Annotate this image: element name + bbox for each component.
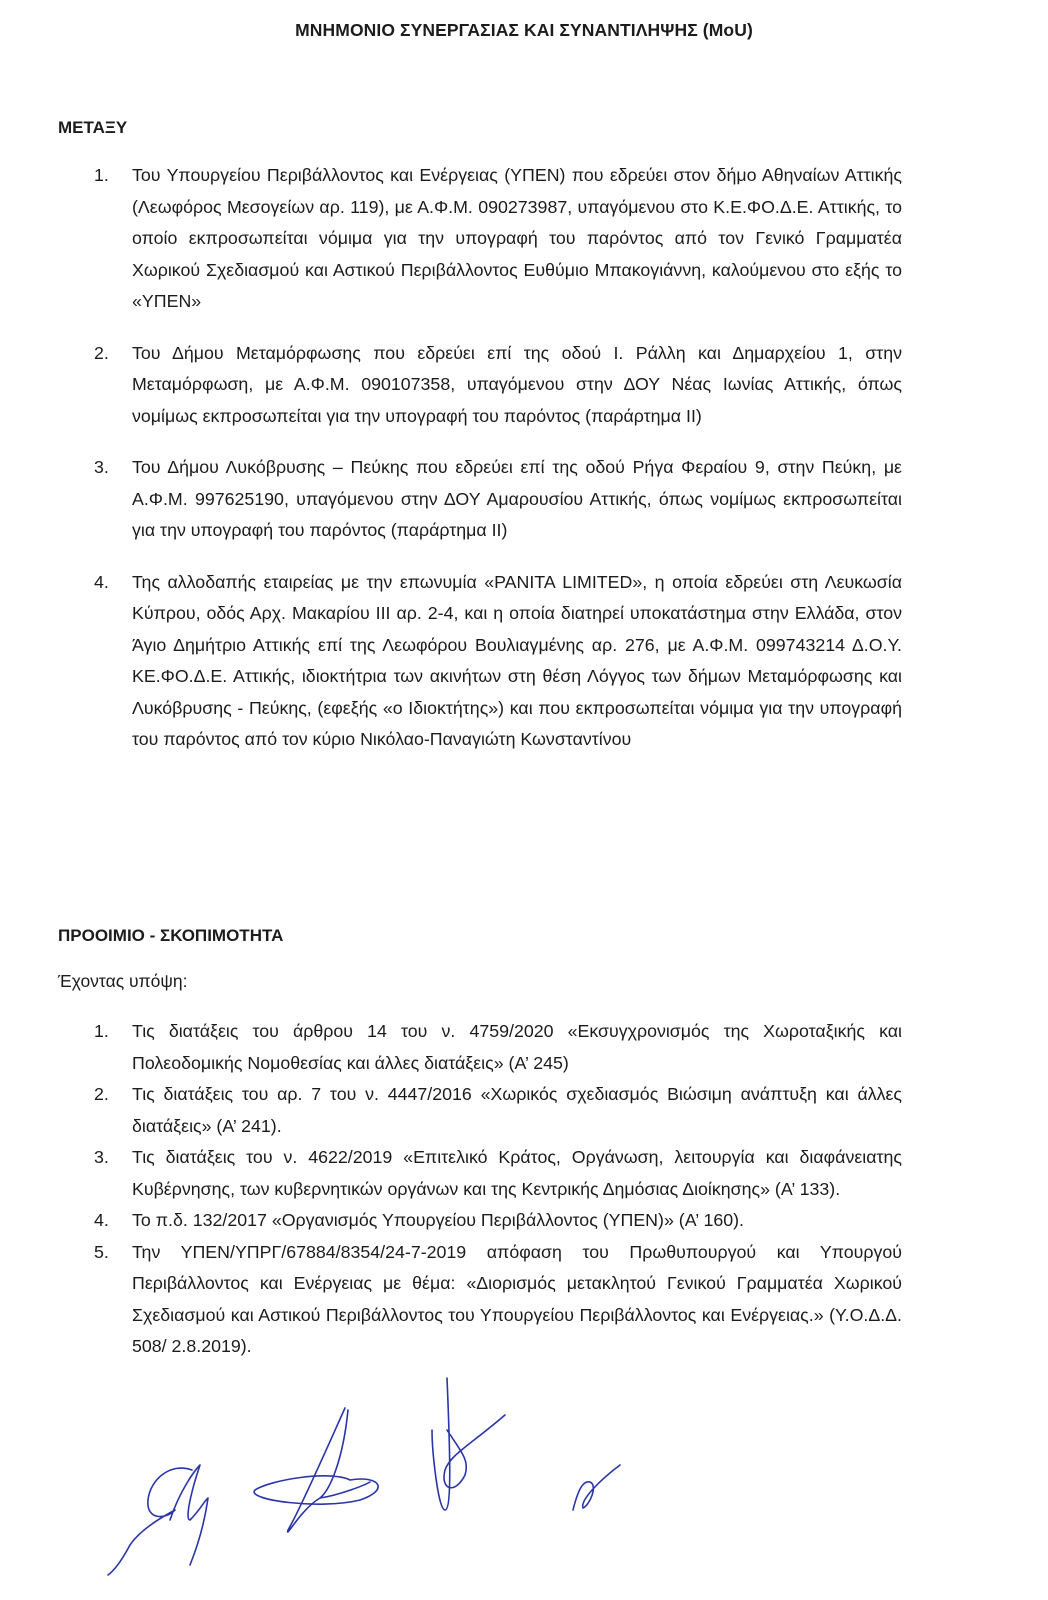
between-heading: ΜΕΤΑΞΥ — [58, 118, 127, 138]
item-text: Του Δήμου Μεταμόρφωσης που εδρεύει επί τ… — [132, 343, 902, 426]
preamble-list: 1.Τις διατάξεις του άρθρου 14 του ν. 475… — [92, 1016, 902, 1363]
item-number: 5. — [94, 1237, 109, 1269]
item-text: Το π.δ. 132/2017 «Οργανισμός Υπουργείου … — [132, 1210, 744, 1230]
item-number: 1. — [94, 1016, 109, 1048]
signature-3 — [432, 1378, 505, 1510]
item-number: 2. — [94, 338, 109, 370]
considering-text: Έχοντας υπόψη: — [58, 971, 187, 992]
signature-1 — [108, 1465, 208, 1575]
signature-2 — [254, 1408, 378, 1532]
item-number: 4. — [94, 567, 109, 599]
item-text: Του Δήμου Λυκόβρυσης – Πεύκης που εδρεύε… — [132, 457, 902, 540]
signatures — [0, 1370, 1048, 1600]
party-item: 4.Της αλλοδαπής εταιρείας με την επωνυμί… — [92, 567, 902, 756]
item-number: 3. — [94, 452, 109, 484]
party-item: 2.Του Δήμου Μεταμόρφωσης που εδρεύει επί… — [92, 338, 902, 433]
item-text: Του Υπουργείου Περιβάλλοντος και Ενέργει… — [132, 165, 902, 311]
preamble-item: 3.Τις διατάξεις του ν. 4622/2019 «Επιτελ… — [92, 1142, 902, 1205]
item-text: Την ΥΠΕΝ/ΥΠΡΓ/67884/8354/24-7-2019 απόφα… — [132, 1242, 902, 1357]
item-number: 4. — [94, 1205, 109, 1237]
item-text: Τις διατάξεις του αρ. 7 του ν. 4447/2016… — [132, 1084, 902, 1136]
item-number: 3. — [94, 1142, 109, 1174]
party-item: 3.Του Δήμου Λυκόβρυσης – Πεύκης που εδρε… — [92, 452, 902, 547]
item-text: Τις διατάξεις του ν. 4622/2019 «Επιτελικ… — [132, 1147, 902, 1199]
item-number: 1. — [94, 160, 109, 192]
item-number: 2. — [94, 1079, 109, 1111]
preamble-item: 1.Τις διατάξεις του άρθρου 14 του ν. 475… — [92, 1016, 902, 1079]
document-title: ΜΝΗΜΟΝΙΟ ΣΥΝΕΡΓΑΣΙΑΣ ΚΑΙ ΣΥΝΑΝΤΙΛΗΨΗΣ (M… — [0, 20, 1048, 41]
signature-4 — [573, 1465, 620, 1510]
preamble-item: 5.Την ΥΠΕΝ/ΥΠΡΓ/67884/8354/24-7-2019 από… — [92, 1237, 902, 1363]
party-item: 1.Του Υπουργείου Περιβάλλοντος και Ενέργ… — [92, 160, 902, 318]
preamble-item: 4.Το π.δ. 132/2017 «Οργανισμός Υπουργείο… — [92, 1205, 902, 1237]
preamble-item: 2.Τις διατάξεις του αρ. 7 του ν. 4447/20… — [92, 1079, 902, 1142]
preamble-heading: ΠΡΟΟΙΜΙΟ - ΣΚΟΠΙΜΟΤΗΤΑ — [58, 926, 283, 946]
parties-list: 1.Του Υπουργείου Περιβάλλοντος και Ενέργ… — [92, 160, 902, 776]
item-text: Της αλλοδαπής εταιρείας με την επωνυμία … — [132, 572, 902, 750]
item-text: Τις διατάξεις του άρθρου 14 του ν. 4759/… — [132, 1021, 902, 1073]
